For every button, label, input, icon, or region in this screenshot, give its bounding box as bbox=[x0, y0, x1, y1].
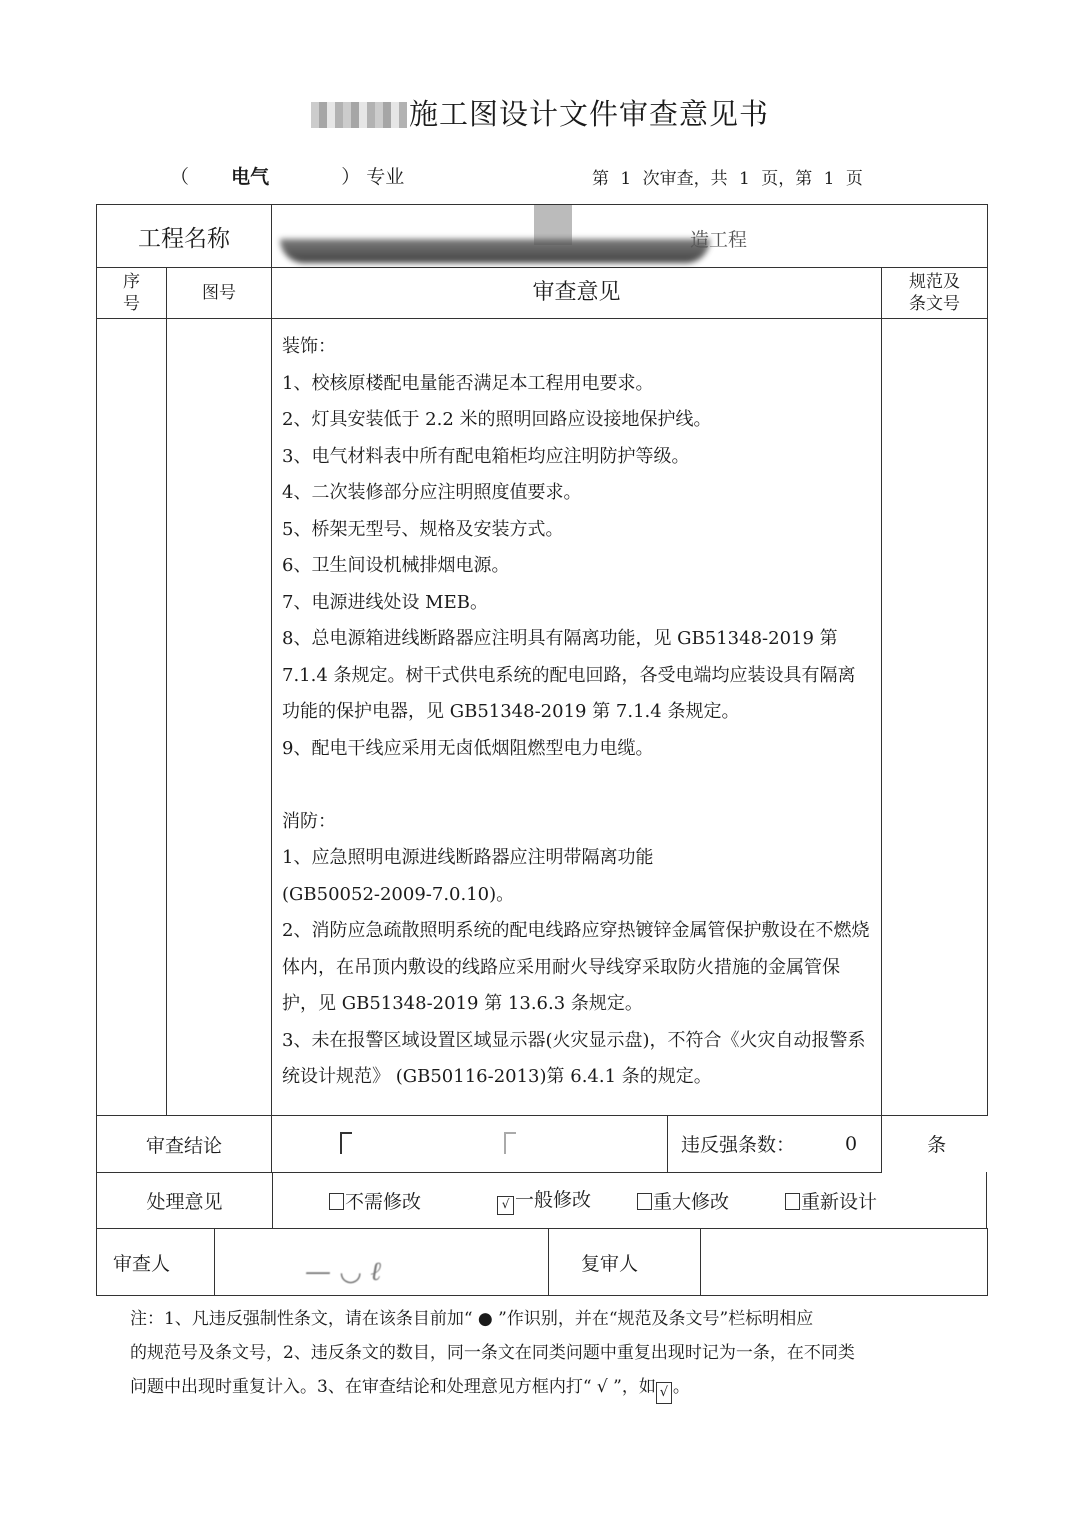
opinion-item: 8、总电源箱进线断路器应注明具有隔离功能，见 GB51348-2019 第 7.… bbox=[282, 621, 873, 731]
section-heading-decoration: 装饰： bbox=[282, 329, 873, 366]
redacted-region bbox=[280, 239, 710, 263]
reviewer-label: 审查人 bbox=[97, 1229, 215, 1296]
checkbox-checked-icon[interactable]: √ bbox=[497, 1196, 514, 1215]
section-heading-fire: 消防： bbox=[282, 804, 873, 841]
col-header-seq: 序号 bbox=[97, 268, 167, 319]
open-paren: （ bbox=[170, 162, 189, 189]
option-general-change[interactable]: √一般修改 bbox=[497, 1185, 591, 1215]
checkbox-redacted[interactable] bbox=[340, 1132, 352, 1154]
document-title: 施工图设计文件审查意见书 bbox=[0, 92, 1080, 133]
opinion-item: 9、配电干线应采用无卤低烟阻燃型电力电缆。 bbox=[282, 731, 873, 768]
opinion-item: 5、桥架无型号、规格及安装方式。 bbox=[282, 512, 873, 549]
opinion-item: 4、二次装修部分应注明照度值要求。 bbox=[282, 475, 873, 512]
col-header-opinion: 审查意见 bbox=[272, 268, 882, 319]
checkbox-icon[interactable] bbox=[637, 1193, 652, 1210]
opinion-item: 3、电气材料表中所有配电箱柜均应注明防护等级。 bbox=[282, 439, 873, 476]
rechecker-label: 复审人 bbox=[549, 1229, 701, 1296]
checkbox-icon[interactable] bbox=[329, 1193, 344, 1210]
seq-cell bbox=[97, 319, 167, 1116]
violations-count-cell: 违反强条数： 0 条 bbox=[667, 1115, 988, 1172]
opinion-item: 1、校核原楼配电量能否满足本工程用电要求。 bbox=[282, 366, 873, 403]
footnote-line: 注：1、凡违反强制性条文，请在该条目前加“ ● ”作识别，并在“规范及条文号”栏… bbox=[130, 1302, 950, 1336]
opinion-item: 6、卫生间设机械排烟电源。 bbox=[282, 548, 873, 585]
signature-redacted: — ◡ ℓ bbox=[305, 1257, 381, 1287]
checkbox-example-icon: √ bbox=[656, 1382, 672, 1404]
document-title-text: 施工图设计文件审查意见书 bbox=[409, 97, 769, 131]
opinion-item: 7、电源进线处设 MEB。 bbox=[282, 585, 873, 622]
col-header-code-ref: 规范及条文号 bbox=[882, 268, 988, 319]
close-paren: ） bbox=[341, 162, 360, 189]
footnote-line: 的规范号及条文号，2、违反条文的数目，同一条文在同类问题中重复出现时记为一条，在… bbox=[130, 1336, 950, 1370]
option-no-change[interactable]: 不需修改 bbox=[329, 1187, 421, 1214]
footnote-line: 问题中出现时重复计入。3、在审查结论和处理意见方框内打“ √ ”，如√。 bbox=[130, 1370, 950, 1404]
opinion-content: 装饰： 1、校核原楼配电量能否满足本工程用电要求。 2、灯具安装低于 2.2 米… bbox=[272, 319, 882, 1116]
redacted-region bbox=[311, 102, 407, 128]
handling-row: 处理意见 不需修改 √一般修改 重大修改 重新设计 bbox=[96, 1172, 987, 1229]
signoff-table: 审查人 — ◡ ℓ 复审人 bbox=[96, 1228, 988, 1296]
col-header-drawing-no: 图号 bbox=[167, 268, 272, 319]
rechecker-signature[interactable] bbox=[701, 1229, 988, 1296]
footnote: 注：1、凡违反强制性条文，请在该条目前加“ ● ”作识别，并在“规范及条文号”栏… bbox=[130, 1302, 950, 1404]
handling-options: 不需修改 √一般修改 重大修改 重新设计 bbox=[273, 1172, 986, 1228]
discipline-value: 电气 bbox=[231, 162, 269, 189]
opinion-item: 1、应急照明电源进线断路器应注明带隔离功能 (GB50052-2009-7.0.… bbox=[282, 840, 873, 913]
subheader: （ 电气 ） 专业 第 1 次审查，共 1 页，第 1 页 bbox=[0, 162, 1080, 192]
project-name-value: 造工程 bbox=[272, 205, 988, 268]
review-table: 工程名称 造工程 序号 图号 审查意见 规范及条文号 装饰： 1、校核原楼配电量… bbox=[96, 204, 988, 1173]
review-info: 第 1 次审查，共 1 页，第 1 页 bbox=[592, 164, 863, 189]
drawing-no-cell bbox=[167, 319, 272, 1116]
opinion-item: 2、消防应急疏散照明系统的配电线路应穿热镀锌金属管保护敷设在不燃烧体内，在吊顶内… bbox=[282, 913, 873, 1023]
option-major-change[interactable]: 重大修改 bbox=[637, 1187, 729, 1214]
discipline-suffix: 专业 bbox=[366, 162, 404, 189]
opinion-item: 2、灯具安装低于 2.2 米的照明回路应设接地保护线。 bbox=[282, 402, 873, 439]
opinion-item: 3、未在报警区域设置区域显示器(火灾显示盘)，不符合《火灾自动报警系统设计规范》… bbox=[282, 1023, 873, 1096]
handling-label: 处理意见 bbox=[97, 1172, 273, 1228]
reviewer-signature[interactable]: — ◡ ℓ bbox=[215, 1229, 549, 1296]
code-ref-cell bbox=[882, 319, 988, 1116]
violations-label: 违反强条数： bbox=[681, 1130, 795, 1157]
project-name-label: 工程名称 bbox=[97, 205, 272, 268]
checkbox-redacted[interactable] bbox=[504, 1132, 516, 1154]
project-name-tail: 造工程 bbox=[690, 225, 747, 252]
conclusion-label: 审查结论 bbox=[97, 1116, 272, 1173]
violations-count: 0 bbox=[845, 1133, 857, 1155]
discipline-line: （ 电气 ） 专业 bbox=[170, 162, 404, 189]
violations-unit: 条 bbox=[927, 1130, 946, 1157]
checkbox-icon[interactable] bbox=[785, 1193, 800, 1210]
option-redesign[interactable]: 重新设计 bbox=[785, 1187, 877, 1214]
